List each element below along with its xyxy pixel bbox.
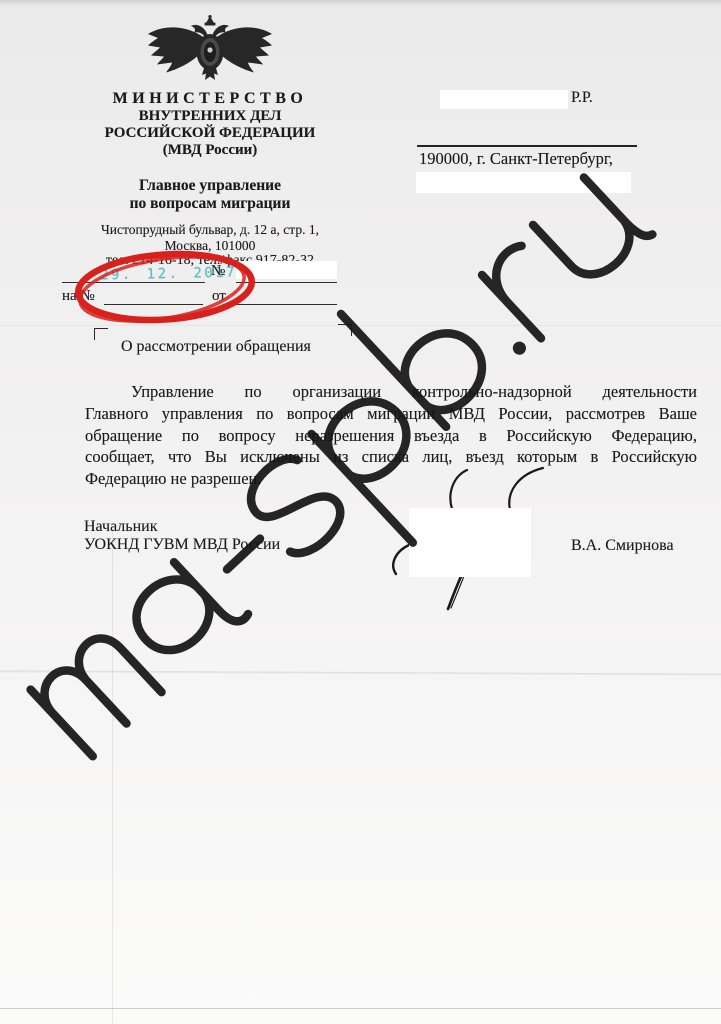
body-paragraph: Управление по организации контрольно-над…: [85, 381, 697, 490]
reply-date-line: [236, 304, 337, 305]
ministry-abbreviation: (МВД России): [60, 142, 360, 159]
reply-to-label: на №: [62, 288, 95, 305]
ministry-name-line2: ВНУТРЕННИХ ДЕЛ: [60, 108, 360, 125]
recipient-rule: [417, 145, 637, 147]
address-line2: Москва, 101000: [60, 238, 360, 254]
subject-corner-mark-right: [338, 324, 352, 336]
division-line2: по вопросам миграции: [60, 195, 360, 213]
redaction-box: [409, 508, 531, 577]
signer-title-line2: УОКНД ГУВМ МВД России: [84, 536, 280, 554]
signer-title-line1: Начальник: [84, 518, 157, 536]
from-date-label: от: [212, 288, 226, 305]
letterhead: МИНИСТЕРСТВО ВНУТРЕННИХ ДЕЛ РОССИЙСКОЙ Ф…: [60, 14, 360, 269]
redaction-box: [236, 261, 337, 279]
body-line: Управление по организации контрольно-над…: [85, 381, 697, 403]
fold-crease-bottom: [0, 1008, 721, 1009]
mvd-eagle-emblem-icon: [146, 14, 274, 86]
scanned-letter-page: МИНИСТЕРСТВО ВНУТРЕННИХ ДЕЛ РОССИЙСКОЙ Ф…: [0, 0, 721, 1024]
body-line: сообщает, что Вы исключены из списка лиц…: [85, 446, 697, 468]
body-line: Федерацию не разрешен.: [85, 468, 697, 490]
subject-line: О рассмотрении обращения: [121, 338, 311, 356]
redaction-box: [440, 90, 568, 109]
outgoing-number-line: [236, 282, 337, 283]
ministry-name-line3: РОССИЙСКОЙ ФЕДЕРАЦИИ: [60, 125, 360, 142]
recipient-initials: Р.Р.: [571, 89, 593, 107]
reply-number-line: [104, 304, 203, 305]
redaction-box: [416, 172, 631, 193]
body-line: Главного управления по вопросам миграции…: [85, 403, 697, 425]
division-line1: Главное управление: [60, 177, 360, 195]
fold-crease-vertical: [112, 530, 113, 1024]
body-line: обращение по вопросу неразрешения въезда…: [85, 425, 697, 447]
ministry-name-line1: МИНИСТЕРСТВО: [60, 90, 360, 108]
subject-corner-mark-left: [94, 328, 108, 340]
fold-crease-top: [0, 325, 721, 327]
number-sign-label: №: [211, 263, 225, 280]
address-line1: Чистопрудный бульвар, д. 12 а, стр. 1,: [60, 222, 360, 238]
signer-name: В.А. Смирнова: [571, 537, 674, 555]
recipient-city-line: 190000, г. Санкт-Петербург,: [419, 149, 613, 169]
scan-edge-shadow: [0, 0, 721, 6]
fold-crease-middle: [0, 670, 721, 676]
